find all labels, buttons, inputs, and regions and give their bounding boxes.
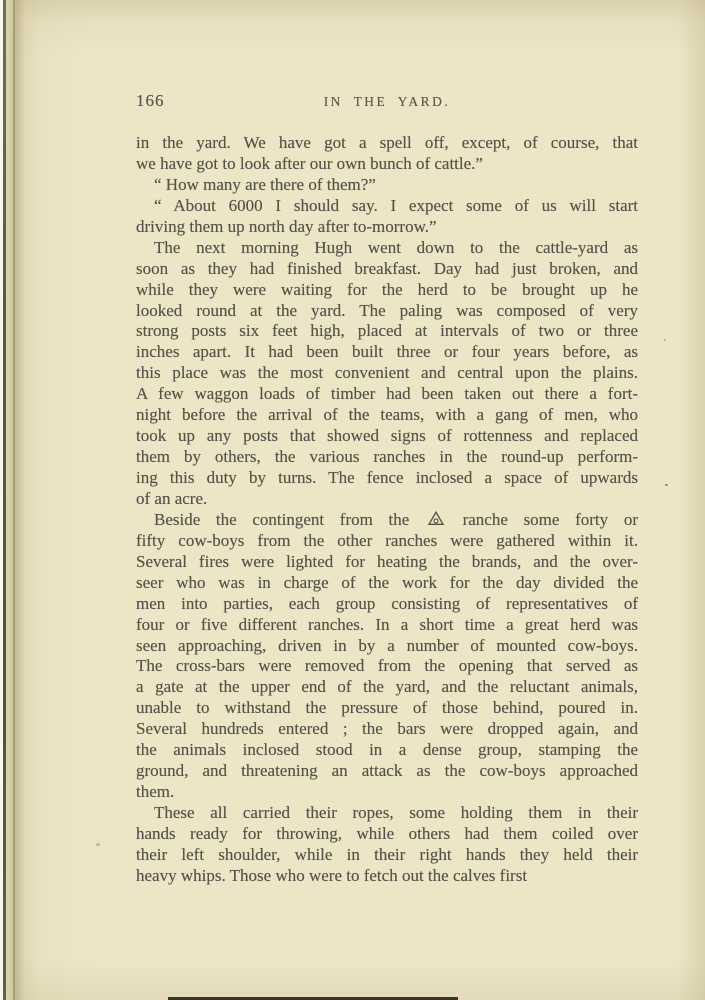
- text-line: them.: [136, 782, 638, 803]
- text-line: we have got to look after our own bunch …: [136, 154, 638, 175]
- page-body-text: in the yard. We have got a spell off, ex…: [136, 133, 638, 887]
- text-line: while they were waiting for the herd to …: [136, 280, 638, 301]
- text-line: inches apart. It had been built three or…: [136, 342, 638, 363]
- text-line: “ How many are there of them?”: [136, 175, 638, 196]
- paragraph: Beside the contingent from the ranche so…: [136, 510, 638, 803]
- text-line: seer who was in charge of the work for t…: [136, 573, 638, 594]
- text-line: “ About 6000 I should say. I expect some…: [136, 196, 638, 217]
- binding-tan-strip: [6, 0, 13, 1000]
- text-line: night before the arrival of the teams, w…: [136, 405, 638, 426]
- text-line: this place was the most convenient and c…: [136, 363, 638, 384]
- text-line: men into parties, each group consisting …: [136, 594, 638, 615]
- text-line: four or five different ranches. In a sho…: [136, 615, 638, 636]
- text-line: of an acre.: [136, 489, 638, 510]
- scanned-book-page: { "page": { "number": "166", "running_he…: [0, 0, 705, 1000]
- text-line: the animals inclosed stood in a dense gr…: [136, 740, 638, 761]
- text-line: Several hundreds entered ; the bars were…: [136, 719, 638, 740]
- running-header: IN THE YARD.: [136, 94, 638, 110]
- text-line: their left shoulder, while in their righ…: [136, 845, 638, 866]
- text-line: ground, and threatening an attack as the…: [136, 761, 638, 782]
- text-line: The cross-bars were removed from the ope…: [136, 656, 638, 677]
- text-line: a gate at the upper end of the yard, and…: [136, 677, 638, 698]
- paper-speck: [664, 339, 666, 341]
- text-line: them by others, the various ranches in t…: [136, 447, 638, 468]
- paragraph: in the yard. We have got a spell off, ex…: [136, 133, 638, 175]
- text-line: fifty cow-boys from the other ranches we…: [136, 531, 638, 552]
- text-line: A few waggon loads of timber had been ta…: [136, 384, 638, 405]
- paper-speck: [96, 843, 100, 846]
- text-line: hands ready for throwing, while others h…: [136, 824, 638, 845]
- text-line: soon as they had finished breakfast. Day…: [136, 259, 638, 280]
- text-line: Several fires were lighted for heating t…: [136, 552, 638, 573]
- text-line: strong posts six feet high, placed at in…: [136, 321, 638, 342]
- cattle-brand-triangle-circle-icon: [428, 511, 444, 526]
- paragraph: These all carried their ropes, some hold…: [136, 803, 638, 887]
- paper-speck: [665, 484, 668, 486]
- text-line: took up any posts that showed signs of r…: [136, 426, 638, 447]
- text-line: These all carried their ropes, some hold…: [136, 803, 638, 824]
- text-line: Beside the contingent from the ranche so…: [136, 510, 638, 531]
- text-line: seen approaching, driven in by a number …: [136, 636, 638, 657]
- text-line: unable to withstand the pressure of thos…: [136, 698, 638, 719]
- text-line: ing this duty by turns. The fence inclos…: [136, 468, 638, 489]
- page-header-row: 166 IN THE YARD.: [136, 91, 638, 111]
- text-line: The next morning Hugh went down to the c…: [136, 238, 638, 259]
- binding-shadow-fade: [15, 0, 25, 1000]
- paragraph: “ How many are there of them?”: [136, 175, 638, 196]
- paragraph: “ About 6000 I should say. I expect some…: [136, 196, 638, 238]
- paragraph: The next morning Hugh went down to the c…: [136, 238, 638, 510]
- text-line: looked round at the yard. The paling was…: [136, 301, 638, 322]
- text-line: heavy whips. Those who were to fetch out…: [136, 866, 638, 887]
- text-line: in the yard. We have got a spell off, ex…: [136, 133, 638, 154]
- text-line: driving them up north day after to-morro…: [136, 217, 638, 238]
